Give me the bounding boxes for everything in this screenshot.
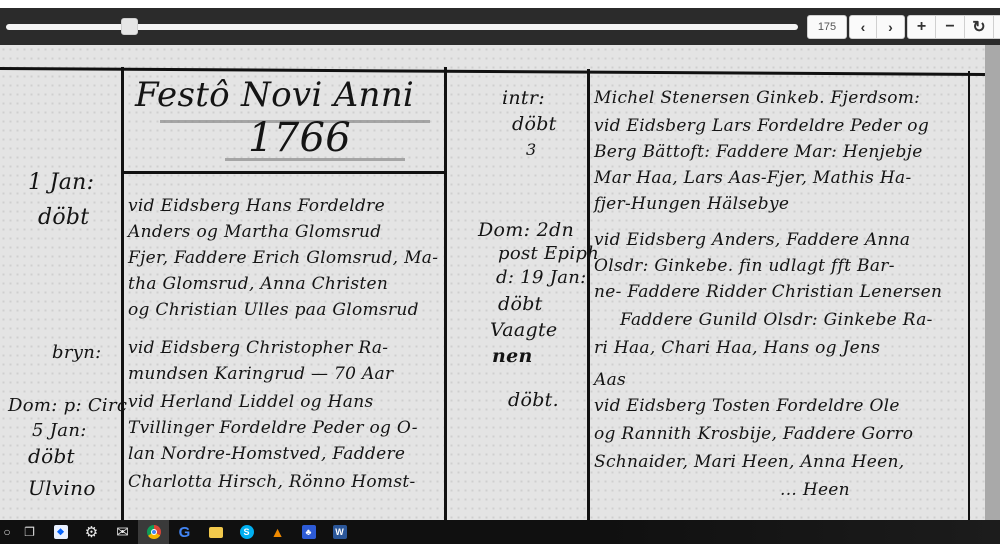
right-line: ... Heen bbox=[780, 477, 850, 503]
page-nav-group: ‹ › bbox=[849, 15, 905, 39]
mail-icon: ✉ bbox=[116, 523, 129, 541]
middle-line: vid Eidsberg Hans Fordeldre bbox=[128, 193, 385, 219]
document-viewer[interactable]: Festô Novi Anni 1766 1 Jan: döbt bryn: D… bbox=[0, 45, 1000, 520]
margin-entry1-date: 1 Jan: bbox=[28, 170, 94, 196]
col-rule-2 bbox=[444, 67, 447, 520]
taskbar-mail[interactable]: ✉ bbox=[107, 520, 138, 544]
scanned-page: Festô Novi Anni 1766 1 Jan: döbt bryn: D… bbox=[0, 45, 985, 520]
chevron-right-icon: › bbox=[888, 19, 893, 35]
gear-icon: ⚙ bbox=[85, 523, 98, 541]
window-top-strip bbox=[0, 0, 1000, 8]
search-circle-icon: ○ bbox=[3, 525, 10, 539]
right-line: vid Eidsberg Lars Fordeldre Peder og bbox=[594, 113, 929, 139]
year-underline bbox=[225, 158, 405, 161]
intr-num: 3 bbox=[526, 137, 536, 163]
margin-entry3-type: döbt bbox=[28, 443, 75, 469]
middle-line: vid Herland Liddel og Hans bbox=[128, 389, 374, 415]
right-line: Faddere Gunild Olsdr: Ginkebe Ra- bbox=[620, 307, 933, 333]
zoom-in-button[interactable]: + bbox=[907, 15, 936, 39]
intr-dobt2: döbt bbox=[498, 291, 543, 317]
page-slider-thumb[interactable] bbox=[121, 18, 138, 35]
middle-line: vid Eidsberg Christopher Ra- bbox=[128, 335, 388, 361]
zoom-out-button[interactable]: − bbox=[936, 15, 965, 39]
intr-place: Vaagte bbox=[490, 317, 557, 343]
header-bottom-rule bbox=[122, 171, 447, 174]
folder-icon bbox=[209, 527, 223, 538]
middle-line: Fjer, Faddere Erich Glomsrud, Ma- bbox=[128, 245, 438, 271]
taskbar-word[interactable]: W bbox=[324, 520, 355, 544]
plus-icon: + bbox=[917, 18, 926, 36]
taskbar-chrome[interactable] bbox=[138, 520, 169, 544]
right-line: og Rannith Krosbije, Faddere Gorro bbox=[594, 421, 913, 447]
rotate-button[interactable]: ↻ bbox=[965, 15, 994, 39]
intr-dobt3: döbt. bbox=[508, 387, 559, 413]
right-line: Mar Haa, Lars Aas-Fjer, Mathis Ha- bbox=[594, 165, 912, 191]
intr-dom: Dom: 2dn bbox=[478, 217, 574, 243]
intr-dobt1: döbt bbox=[512, 111, 557, 137]
right-line: ne- Faddere Ridder Christian Lenersen bbox=[594, 279, 942, 305]
col-rule-4 bbox=[968, 71, 970, 520]
taskbar-task-view[interactable]: ❐ bbox=[14, 520, 45, 544]
right-line: Berg Bättoft: Faddere Mar: Henjebje bbox=[594, 139, 923, 165]
chrome-icon bbox=[147, 525, 161, 539]
right-line: vid Eidsberg Tosten Fordeldre Ole bbox=[594, 393, 900, 419]
intr-date: d: 19 Jan: bbox=[496, 265, 587, 291]
task-view-icon: ❐ bbox=[24, 525, 35, 539]
middle-line: Charlotta Hirsch, Rönno Homst- bbox=[128, 469, 416, 495]
margin-entry1-type: döbt bbox=[38, 205, 89, 231]
taskbar-search[interactable]: ○ bbox=[0, 520, 14, 544]
more-button[interactable] bbox=[994, 15, 1000, 39]
rotate-icon: ↻ bbox=[972, 17, 985, 37]
viewer-toolbar: 175 ‹ › + − ↻ bbox=[0, 8, 1000, 45]
taskbar-google[interactable]: G bbox=[169, 520, 200, 544]
skype-icon: S bbox=[240, 525, 254, 539]
right-line: fjer-Hungen Hälsebye bbox=[594, 191, 789, 217]
margin-entry3-day: 5 Jan: bbox=[32, 418, 87, 444]
right-line: Michel Stenersen Ginkeb. Fjerdsom: bbox=[594, 85, 920, 111]
middle-line: Tvillinger Fordeldre Peder og O- bbox=[128, 415, 418, 441]
right-line: vid Eidsberg Anders, Faddere Anna bbox=[594, 227, 910, 253]
taskbar-file-explorer[interactable] bbox=[200, 520, 231, 544]
taskbar-settings[interactable]: ⚙ bbox=[76, 520, 107, 544]
zoom-group: + − ↻ bbox=[907, 15, 1000, 39]
taskbar-skype[interactable]: S bbox=[231, 520, 262, 544]
intr-post: post Epiph bbox=[498, 241, 599, 267]
header-year: 1766 bbox=[248, 115, 351, 161]
right-line: Olsdr: Ginkebe. fin udlagt fft Bar- bbox=[594, 253, 895, 279]
intr-place2: nen bbox=[492, 343, 533, 369]
dropbox-icon: ❖ bbox=[54, 525, 68, 539]
tree-icon: ♣ bbox=[302, 525, 316, 539]
intr-label: intr: bbox=[502, 85, 545, 111]
margin-entry2-note: bryn: bbox=[52, 340, 101, 366]
page-number-input[interactable]: 175 bbox=[807, 15, 847, 39]
chevron-left-icon: ‹ bbox=[861, 19, 866, 35]
middle-line: tha Glomsrud, Anna Christen bbox=[128, 271, 388, 297]
vlc-cone-icon: ▲ bbox=[271, 524, 285, 540]
col-rule-1 bbox=[121, 67, 124, 520]
right-line: ri Haa, Chari Haa, Hans og Jens bbox=[594, 335, 880, 361]
minus-icon: − bbox=[945, 18, 954, 36]
windows-taskbar: ○ ❐ ❖ ⚙ ✉ G S ▲ ♣ W bbox=[0, 520, 1000, 544]
col-rule-3 bbox=[587, 69, 590, 520]
margin-entry3-date: Dom: p: Circ bbox=[8, 393, 127, 419]
middle-line: og Christian Ulles paa Glomsrud bbox=[128, 297, 419, 323]
taskbar-dropbox[interactable]: ❖ bbox=[45, 520, 76, 544]
next-page-button[interactable]: › bbox=[877, 15, 905, 39]
right-line: Schnaider, Mari Heen, Anna Heen, bbox=[594, 449, 904, 475]
page-edge-shadow bbox=[985, 45, 1000, 520]
taskbar-vlc[interactable]: ▲ bbox=[262, 520, 293, 544]
right-line: Aas bbox=[594, 367, 626, 393]
taskbar-genealogy-app[interactable]: ♣ bbox=[293, 520, 324, 544]
google-icon: G bbox=[179, 524, 191, 541]
middle-line: mundsen Karingrud — 70 Aar bbox=[128, 361, 393, 387]
prev-page-button[interactable]: ‹ bbox=[849, 15, 877, 39]
middle-line: Anders og Martha Glomsrud bbox=[128, 219, 382, 245]
word-icon: W bbox=[333, 525, 347, 539]
middle-line: lan Nordre-Homstved, Faddere bbox=[128, 441, 405, 467]
header-title: Festô Novi Anni bbox=[135, 75, 414, 115]
margin-entry4: Ulvino bbox=[28, 475, 96, 501]
